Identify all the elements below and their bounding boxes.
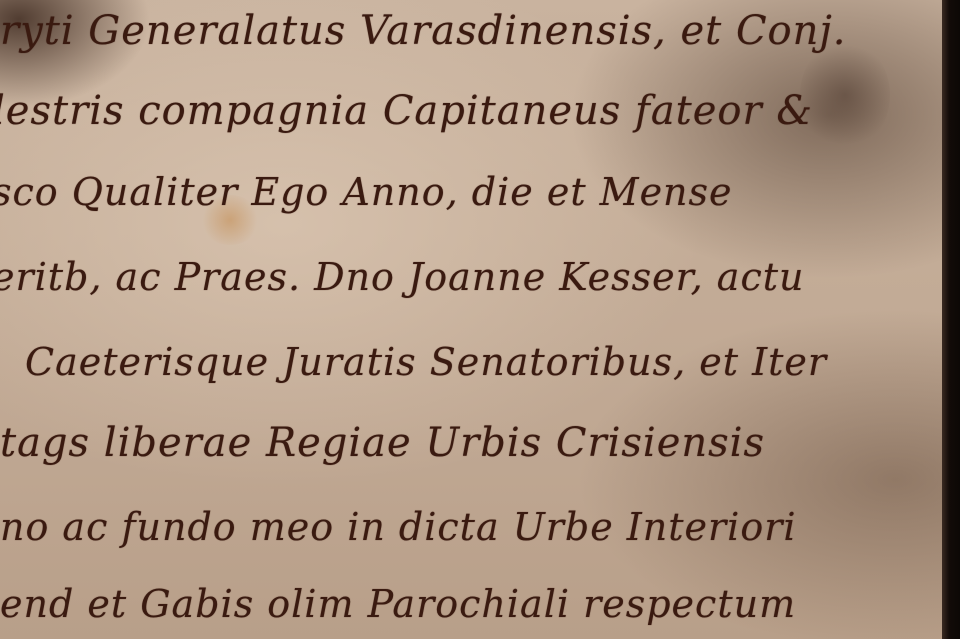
manuscript-line-2: lestris compagnia Capitaneus fateor & bbox=[0, 88, 813, 134]
manuscript-line-5: Caeterisque Juratis Senatoribus, et Iter bbox=[25, 340, 827, 384]
manuscript-line-6: tags liberae Regiae Urbis Crisiensis bbox=[0, 420, 765, 466]
manuscript-line-7: no ac fundo meo in dicta Urbe Interiori bbox=[0, 505, 797, 549]
manuscript-line-1: ryti Generalatus Varasdinensis, et Conj. bbox=[0, 8, 847, 54]
manuscript-page: ryti Generalatus Varasdinensis, et Conj.… bbox=[0, 0, 944, 639]
manuscript-line-4: eritb, ac Praes. Dno Joanne Kesser, actu bbox=[0, 255, 804, 299]
manuscript-line-8: end et Gabis olim Parochiali respectum bbox=[0, 582, 796, 626]
book-binding-edge bbox=[942, 0, 960, 639]
manuscript-line-3: sco Qualiter Ego Anno, die et Mense bbox=[0, 170, 733, 214]
water-stain bbox=[800, 40, 890, 150]
